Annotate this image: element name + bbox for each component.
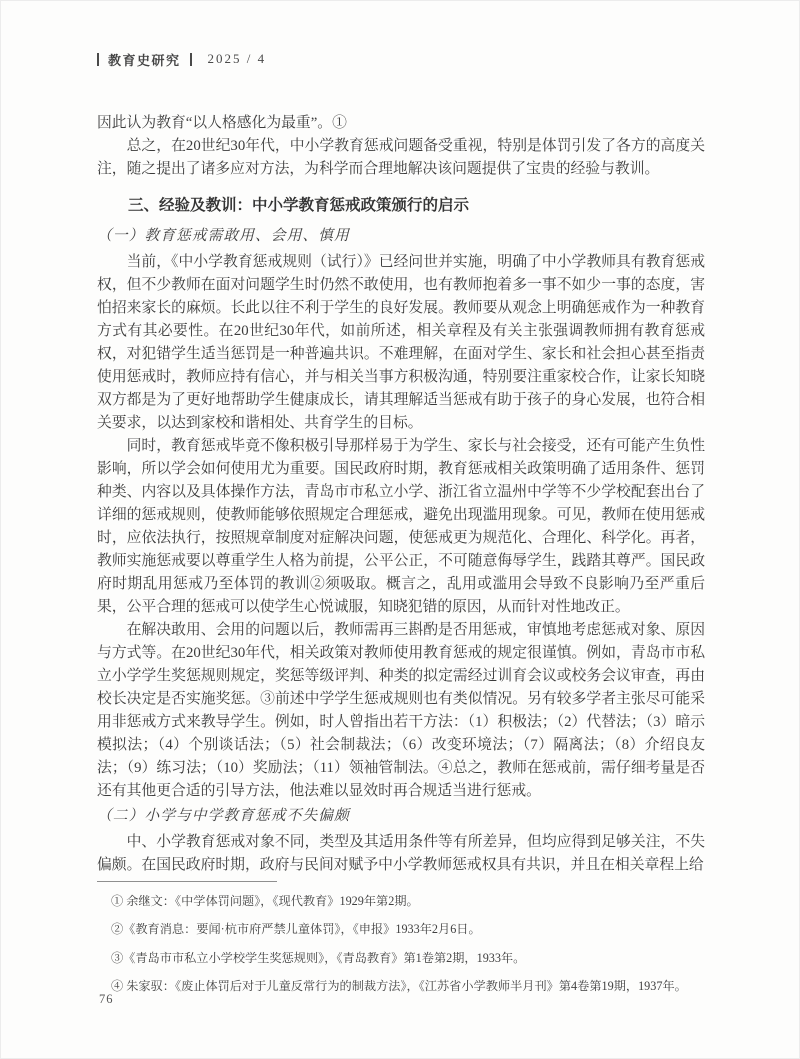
body-paragraph-1: 当前，《中小学教育惩戒规则（试行）》已经问世并实施，明确了中小学教师具有教育惩戒… [97,251,705,435]
body-paragraph-4: 中、小学教育惩戒对象不同，类型及其适用条件等有所差异，但均应得到足够关注，不失偏… [97,831,705,877]
footnote-4: ④ 朱家驭：《废止体罚后对于儿童反常行为的制裁方法》，《江苏省小学教师半月刊》第… [97,972,709,1000]
footnote-1: ① 余继文：《中学体罚问题》，《现代教育》1929年第2期。 [97,887,709,915]
journal-header: 教育史研究 2025 / 4 [97,51,266,67]
section-heading: 三、经验及教训：中小学教育惩戒政策颁行的启示 [97,194,705,217]
subsection-heading-1: （一）教育惩戒需敢用、会用、慎用 [97,225,705,248]
page-number: 76 [99,992,114,1007]
footnotes-section: ① 余继文：《中学体罚问题》，《现代教育》1929年第2期。 ②《教育消息：要闻… [97,887,709,1001]
journal-divider-bar-icon [190,53,192,66]
body-paragraph-2: 同时，教育惩戒毕竟不像积极引导那样易于为学生、家长与社会接受，还有可能产生负性影… [97,435,705,619]
footnote-separator [97,881,277,882]
footnote-3: ③《青岛市市私立小学校学生奖惩规则》，《青岛教育》第1卷第2期，1933年。 [97,944,709,972]
journal-divider-bar-icon [97,53,99,66]
journal-issue: 2025 / 4 [208,51,267,67]
document-page: 教育史研究 2025 / 4 因此认为教育“以人格感化为最重”。① 总之，在20… [0,0,800,1059]
body-paragraph-summary: 总之，在20世纪30年代，中小学教育惩戒问题备受重视，特别是体罚引发了各方的高度… [97,135,705,181]
footnote-2: ②《教育消息：要闻·杭市府严禁儿童体罚》，《申报》1933年2月6日。 [97,915,709,943]
journal-name: 教育史研究 [108,50,181,69]
body-paragraph-continuation: 因此认为教育“以人格感化为最重”。① [97,112,705,135]
article-body: 因此认为教育“以人格感化为最重”。① 总之，在20世纪30年代，中小学教育惩戒问… [97,112,705,877]
body-paragraph-3: 在解决敢用、会用的问题以后，教师需再三斟酌是否用惩戒，审慎地考虑惩戒对象、原因与… [97,619,705,803]
subsection-heading-2: （二）小学与中学教育惩戒不失偏颇 [97,805,705,828]
